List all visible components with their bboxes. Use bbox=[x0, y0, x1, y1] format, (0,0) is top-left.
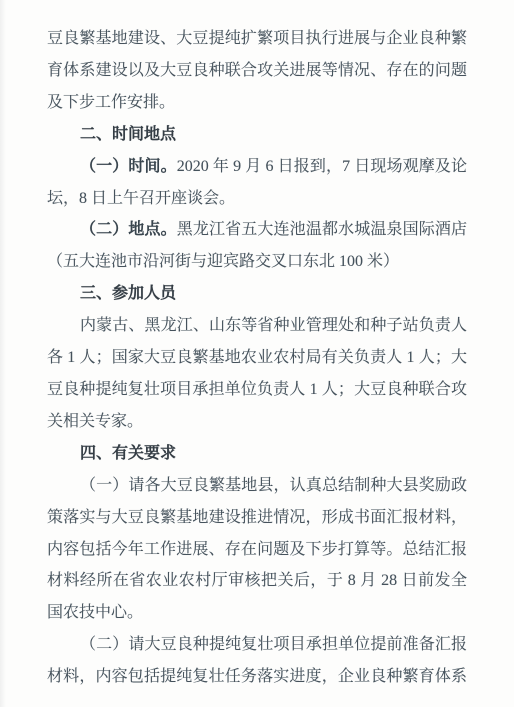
section-heading-requirements: 四、有关要求 bbox=[47, 438, 467, 470]
text-line: 各 1 人；国家大豆良繁基地农业农村局有关负责人 1 人；大 bbox=[47, 342, 467, 374]
text-line: 材料经所在省农业农村厅审核把关后，于 8 月 28 日前发全 bbox=[47, 565, 467, 597]
text-line: （二）地点。黑龙江省五大连池温都水城温泉国际酒店 bbox=[47, 214, 467, 246]
text-line: 关相关专家。 bbox=[47, 406, 467, 438]
text-line: 材料，内容包括提纯复壮任务落实进度，企业良种繁育体系 bbox=[47, 661, 467, 693]
text-line: 坛，8 日上午召开座谈会。 bbox=[47, 183, 467, 215]
paragraph-label-time: （一）时间。 bbox=[80, 158, 177, 175]
text-line: 内容包括今年工作进展、存在问题及下步打算等。总结汇报 bbox=[47, 534, 467, 566]
document-page: 豆良繁基地建设、大豆提纯扩繁项目执行进展与企业良种繁 育体系建设以及大豆良种联合… bbox=[0, 0, 514, 707]
text-line: （一）时间。2020 年 9 月 6 日报到，7 日现场观摩及论 bbox=[47, 151, 467, 183]
text-line: 及下步工作安排。 bbox=[47, 87, 467, 119]
text-segment: 2020 年 9 月 6 日报到，7 日现场观摩及论 bbox=[177, 158, 467, 175]
text-line: （二）请大豆良种提纯复壮项目承担单位提前准备汇报 bbox=[47, 629, 467, 661]
section-heading-participants: 三、参加人员 bbox=[47, 278, 467, 310]
text-line: 内蒙古、黑龙江、山东等省种业管理处和种子站负责人 bbox=[47, 310, 467, 342]
text-line: （一）请各大豆良繁基地县，认真总结制种大县奖励政 bbox=[47, 470, 467, 502]
text-line: 育体系建设以及大豆良种联合攻关进展等情况、存在的问题 bbox=[47, 55, 467, 87]
section-heading-time-place: 二、时间地点 bbox=[47, 119, 467, 151]
text-line: （五大连池市沿河街与迎宾路交叉口东北 100 米） bbox=[47, 246, 467, 278]
paragraph-label-place: （二）地点。 bbox=[80, 221, 177, 238]
text-line: 豆良繁基地建设、大豆提纯扩繁项目执行进展与企业良种繁 bbox=[47, 23, 467, 55]
text-segment: 黑龙江省五大连池温都水城温泉国际酒店 bbox=[177, 221, 467, 238]
text-line: 豆良种提纯复壮项目承担单位负责人 1 人；大豆良种联合攻 bbox=[47, 374, 467, 406]
text-line: 策落实与大豆良繁基地建设推进情况，形成书面汇报材料， bbox=[47, 502, 467, 534]
text-line: 国农技中心。 bbox=[47, 597, 467, 629]
